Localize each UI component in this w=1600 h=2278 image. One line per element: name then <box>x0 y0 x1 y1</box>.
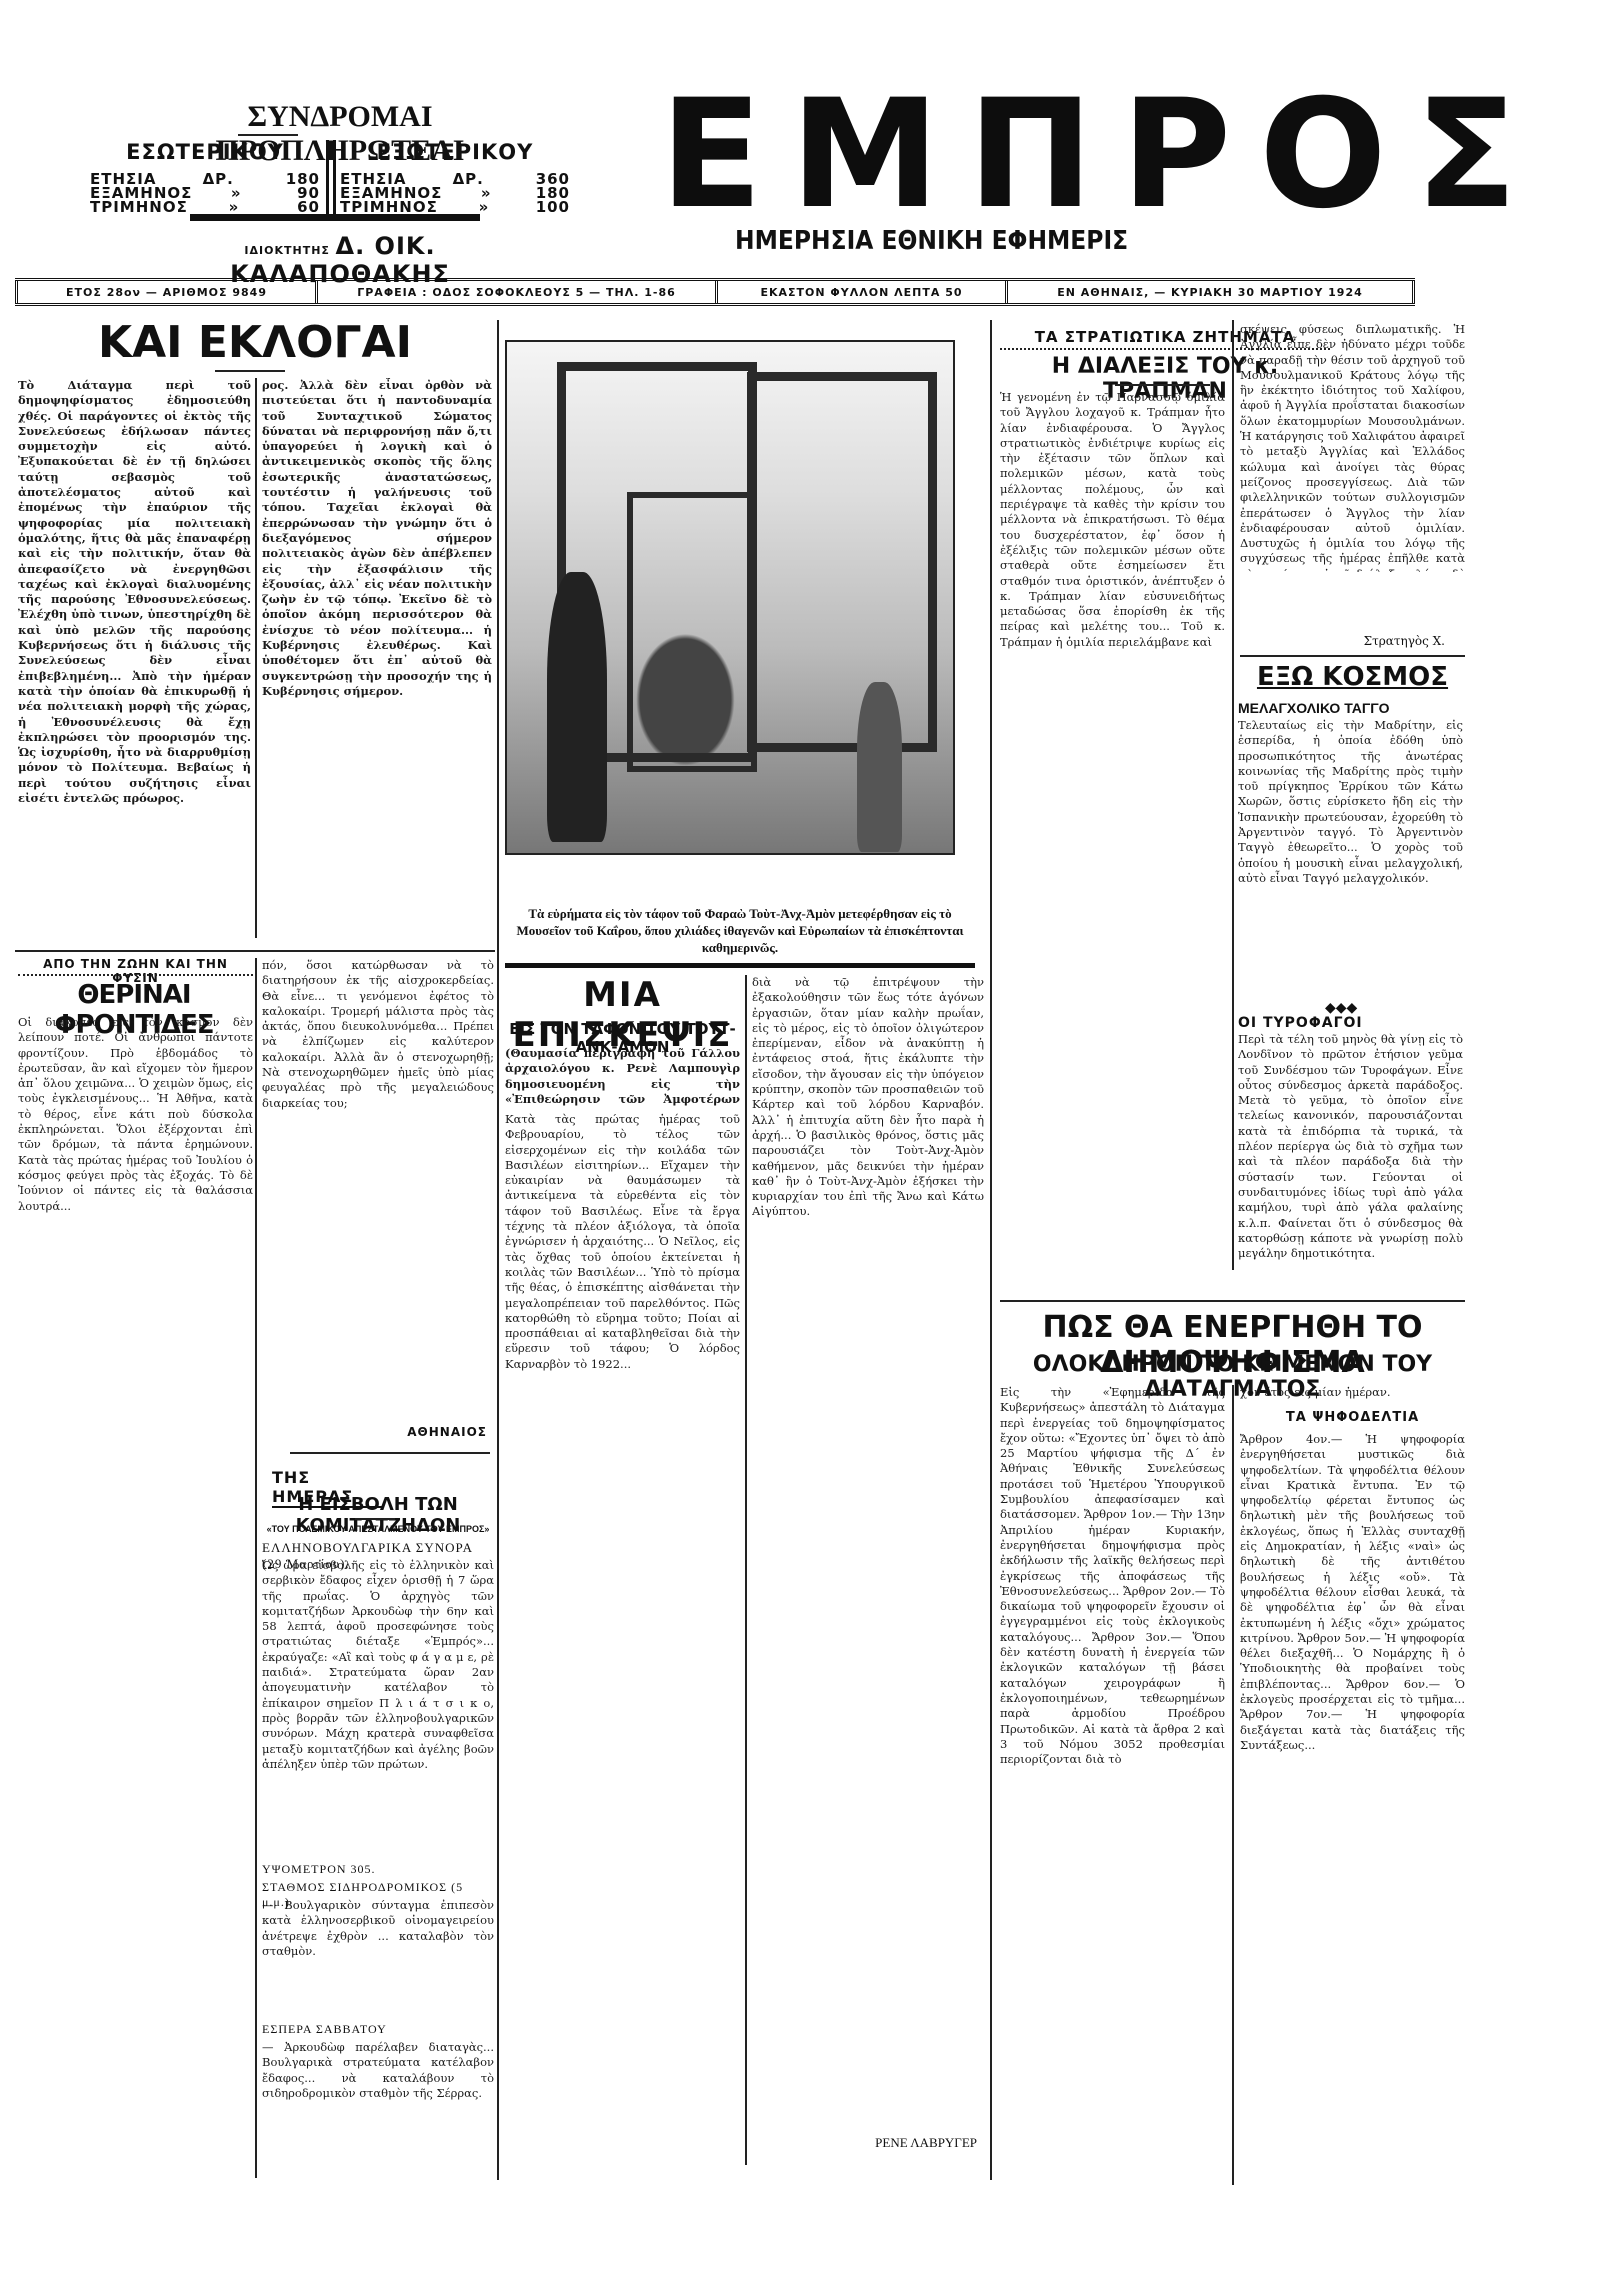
column-rule <box>1232 1385 1234 2185</box>
article-trapman-col1: Ἡ γενομένη ἐν τῷ Παρνασσῷ ὁμιλία τοῦ Ἄγγ… <box>1000 390 1225 1270</box>
foreign-title: ΕΞΩΤΕΡΙΚΟΥ <box>340 140 570 164</box>
headline-elections: ΚΑΙ ΕΚΛΟΓΑΙ <box>20 318 490 368</box>
article-cheese-eaters: Περὶ τὰ τέλη τοῦ μηνὸς θὰ γίνῃ εἰς τὸ Λο… <box>1238 1032 1463 1272</box>
office-address: ΓΡΑΦΕΙΑ : ΟΔΟΣ ΣΟΦΟΚΛΕΟΥΣ 5 — ΤΗΛ. 1-86 <box>315 281 715 303</box>
divider <box>1000 1300 1465 1302</box>
column-rule <box>990 320 992 2180</box>
divider <box>505 963 975 968</box>
article-invasion-text3: — Ἀρκουδὼφ παρέλαβεν διαταγὰς... Βουλγαρ… <box>262 2040 494 2175</box>
section-outside-world: ΕΞΩ ΚΟΣΜΟΣ <box>1240 662 1465 692</box>
currency: » <box>464 200 504 214</box>
column-rule <box>745 975 747 2165</box>
article-tango: Τελευταίως εἰς τὴν Μαδρίτην, εἰς ἑσπερίδ… <box>1238 718 1463 1003</box>
visitor-figure <box>547 572 607 842</box>
column-rule <box>255 958 257 2178</box>
column-rule <box>255 378 257 938</box>
divider <box>326 140 336 220</box>
price-row: ΤΡΙΜΗΝΟΣ»100 <box>340 200 570 214</box>
divider <box>355 1518 395 1520</box>
issue-number: ΕΤΟΣ 28ον — ΑΡΙΘΜΟΣ 9849 <box>15 281 315 303</box>
price: 100 <box>530 200 570 214</box>
issue-date: ΕΝ ΑΘΗΝΑΙΣ, — ΚΥΡΙΑΚΗ 30 ΜΑΡΤΙΟΥ 1924 <box>1005 281 1415 303</box>
article-elections-col2: ρος. Ἀλλὰ δὲν εἶναι ὀρθὸν νὰ πιστεύεται … <box>262 378 492 948</box>
domestic-subscriptions: ΕΣΩΤΕΡΙΚΟΥ ΕΤΗΣΙΑΔΡ.180 ΕΞΑΜΗΝΟΣ»90 ΤΡΙΜ… <box>90 140 320 214</box>
article-tut-col1: Κατὰ τὰς πρώτας ἡμέρας τοῦ Φεβρουαρίου, … <box>505 1112 740 2152</box>
tutankhamun-exhibit-photo <box>505 340 955 855</box>
newspaper-logo: ΕΜΠΡΟΣ <box>660 95 1520 215</box>
divider <box>18 974 253 976</box>
headline-cheese-eaters: ΟΙ ΤΥΡΟΦΑΓΟΙ <box>1238 1015 1463 1031</box>
issue-price: ΕΚΑΣΤΟΝ ΦΥΛΛΟΝ ΛΕΠΤΑ 50 <box>715 281 1005 303</box>
column-rule <box>1232 320 1234 1270</box>
article-summer-col2: πόν, ὅσοι κατώρθωσαν νὰ τὸ διατηρήσουν ἐ… <box>262 958 494 1403</box>
divider <box>15 950 495 952</box>
divider <box>1115 384 1210 386</box>
article-referendum-col2: χον ἔτος εἰς μίαν ἡμέραν. <box>1240 1385 1465 1403</box>
signature-tut: ΡΕΝΕ ΛΑΒΡΥΓΕΡ <box>752 2135 977 2151</box>
article-invasion-text2: — Βουλγαρικὸν σύνταγμα ἐπιπεσὸν κατὰ ἑλλ… <box>262 1898 494 2018</box>
period-label: ΤΡΙΜΗΝΟΣ <box>340 200 438 214</box>
subhead-saturday-evening: ΕΣΠΕΡΑ ΣΑΒΒΑΤΟΥ <box>262 2022 494 2037</box>
price-row: ΤΡΙΜΗΝΟΣ»60 <box>90 200 320 214</box>
subhead-altitude: ΥΨΟΜΕΤΡΟΝ 305. <box>262 1862 494 1877</box>
signature-trapman: Στρατηγὸς Χ. <box>1240 634 1445 648</box>
column-rule <box>497 320 499 2180</box>
period-label: ΤΡΙΜΗΝΟΣ <box>90 200 188 214</box>
divider <box>1240 655 1465 657</box>
price: 60 <box>280 200 320 214</box>
owner-label: ΙΔΙΟΚΤΗΤΗΣ <box>244 244 330 257</box>
ornament-divider: ◆◆◆ <box>1325 1000 1357 1016</box>
divider <box>190 214 480 221</box>
headline-ballots: ΤΑ ΨΗΦΟΔΕΛΤΙΑ <box>1240 1410 1465 1425</box>
tagline: ΗΜΕΡΗΣΙΑ ΕΘΝΙΚΗ ΕΦΗΜΕΡΙΣ <box>735 226 1275 256</box>
display-case <box>747 372 937 752</box>
article-tut-col2: διὰ νὰ τῷ ἐπιτρέψουν τὴν ἐξακολούθησιν τ… <box>752 975 984 2125</box>
divider <box>215 370 285 372</box>
article-invasion-text: Ὡς ὥρα εἰσβολῆς εἰς τὸ ἑλληνικὸν καὶ σερ… <box>262 1558 494 1858</box>
byline-invasion: «ΤΟΥ ΠΟΛΕΜΙΚΟΥ ΑΠΕΣΤΑΛΜΕΝΟΥ ΤΟΥ ΕΜΠΡΟΣ» <box>262 1524 494 1534</box>
visitor-figure <box>857 682 902 852</box>
photo-caption: Τὰ εὑρήματα εἰς τὸν τάφον τοῦ Φαραὼ Τοὺτ… <box>505 905 975 956</box>
article-referendum-col1: Εἰς τὴν «Ἐφημερίδα τῆς Κυβερνήσεως» ἀπεσ… <box>1000 1385 1225 2185</box>
signature-summer: ΑΘΗΝΑΙΟΣ <box>262 1425 487 1439</box>
issue-info-bar: ΕΤΟΣ 28ον — ΑΡΙΘΜΟΣ 9849 ΓΡΑΦΕΙΑ : ΟΔΟΣ … <box>15 278 1415 306</box>
display-case <box>627 492 757 772</box>
currency: » <box>214 200 254 214</box>
domestic-title: ΕΣΩΤΕΡΙΚΟΥ <box>90 140 320 164</box>
divider <box>238 134 298 136</box>
divider <box>290 1452 490 1454</box>
article-trapman-col2: σκέψεις φύσεως διπλωματικῆς. Ἡ Ἀγγλία εἶ… <box>1240 322 1465 572</box>
article-summer-col1: Οἱ διακοπές εἰς τὸν κόσμον δὲν λείπουν π… <box>18 1015 253 2175</box>
article-ballots: Ἄρθρον 4ον.— Ἡ ψηφοφορία ἐνεργηθήσεται μ… <box>1240 1432 1465 2187</box>
article-elections-col1: Τὸ Διάταγμα περὶ τοῦ δημοψηφίσματος ἐδημ… <box>18 378 251 948</box>
headline-tango: ΜΕΛΑΓΧΟΛΙΚΟ ΤΑΓΓΟ <box>1238 700 1463 716</box>
foreign-subscriptions: ΕΞΩΤΕΡΙΚΟΥ ΕΤΗΣΙΑΔΡ.360 ΕΞΑΜΗΝΟΣ»180 ΤΡΙ… <box>340 140 570 214</box>
deck-tut-visit: (Θαυμασία περιγραφὴ τοῦ Γάλλου ἀρχαιολόγ… <box>505 1046 740 1108</box>
